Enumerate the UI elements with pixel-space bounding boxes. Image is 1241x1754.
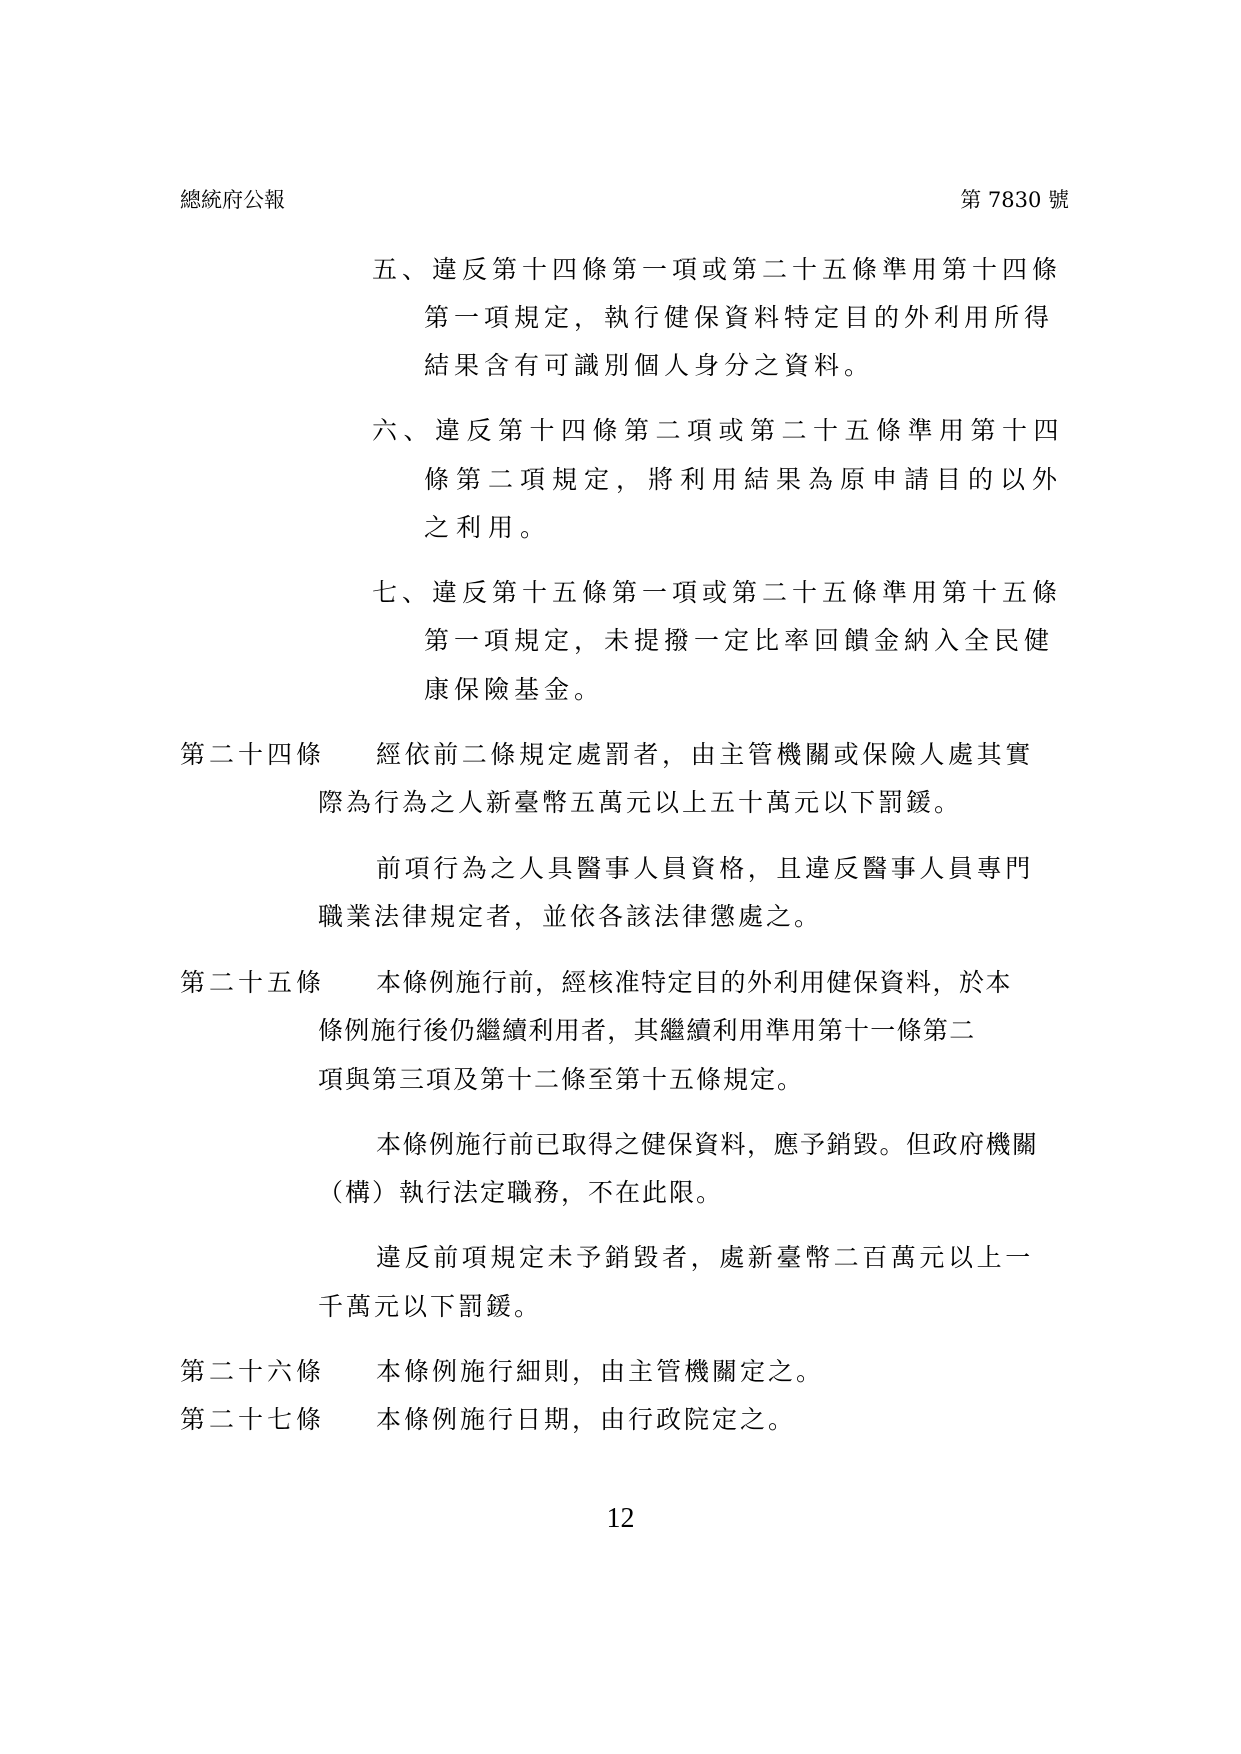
issue-number: 第 7830 號 [960,186,1069,214]
article-line: 本條例施行前，經核准特定目的外利用健保資料，於本 [376,966,1012,1000]
article-line: 條例施行後仍繼續利用者，其繼續利用準用第十一條第二 [318,1014,976,1048]
item-line: 第一項規定，執行健保資料特定目的外利用所得 [424,301,1054,335]
article-line: 本條例施行細則，由主管機關定之。 [376,1355,824,1389]
item-line: 第一項規定，未提撥一定比率回饋金納入全民健 [424,624,1054,658]
item-line: 結果含有可識別個人身分之資料。 [424,349,874,383]
item-line: 條第二項規定，將利用結果為原申請目的以外 [424,463,1064,497]
article-line: 千萬元以下罰鍰。 [318,1290,542,1324]
item-line: 康保險基金。 [424,673,604,707]
item-line: 之利用。 [424,511,552,545]
article-label: 第二十四條 [180,738,325,772]
article-label: 第二十六條 [180,1355,325,1389]
item-line: 六、違反第十四條第二項或第二十五條準用第十四 [372,414,1065,448]
article-line: 經依前二條規定處罰者，由主管機關或保險人處其實 [376,738,1034,772]
article-line: 際為行為之人新臺幣五萬元以上五十萬元以下罰鍰。 [318,786,962,820]
page-number: 12 [0,1502,1241,1536]
article-line: 職業法律規定者，並依各該法律懲處之。 [318,900,822,934]
article-label: 第二十七條 [180,1403,325,1437]
item-line: 七、違反第十五條第一項或第二十五條準用第十五條 [372,576,1062,610]
item-line: 五、違反第十四條第一項或第二十五條準用第十四條 [372,253,1062,287]
article-line: 本條例施行日期，由行政院定之。 [376,1403,796,1437]
article-label: 第二十五條 [180,966,325,1000]
article-line: 項與第三項及第十二條至第十五條規定。 [318,1063,804,1097]
article-line: 本條例施行前已取得之健保資料，應予銷毀。但政府機關 [376,1128,1039,1162]
article-line: 前項行為之人具醫事人員資格，且違反醫事人員專門 [376,852,1034,886]
publication-title: 總統府公報 [180,186,285,214]
article-line: 違反前項規定未予銷毀者，處新臺幣二百萬元以上一 [376,1241,1034,1275]
article-line: （構）執行法定職務，不在此限。 [318,1176,723,1210]
